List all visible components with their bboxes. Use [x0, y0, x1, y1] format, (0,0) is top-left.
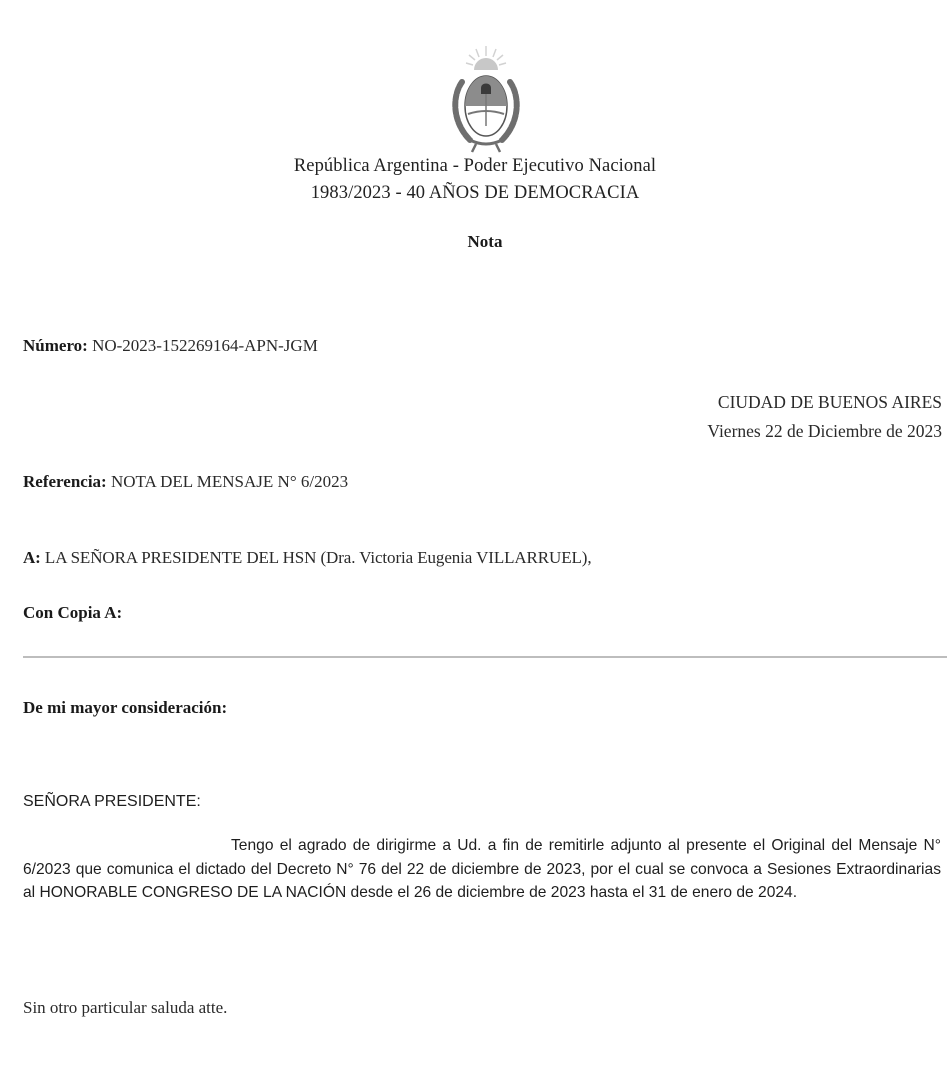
place: CIUDAD DE BUENOS AIRES	[718, 392, 942, 413]
addressee: SEÑORA PRESIDENTE:	[23, 793, 201, 811]
destinatario-label: A:	[23, 548, 41, 567]
numero-value: NO-2023-152269164-APN-JGM	[92, 336, 318, 355]
numero-label: Número:	[23, 336, 88, 355]
header-institution: República Argentina - Poder Ejecutivo Na…	[0, 156, 950, 177]
referencia-value: NOTA DEL MENSAJE N° 6/2023	[111, 472, 348, 491]
referencia-label: Referencia:	[23, 472, 107, 491]
referencia-field: Referencia: NOTA DEL MENSAJE N° 6/2023	[23, 472, 348, 492]
copia-label: Con Copia A:	[23, 603, 122, 622]
header-motto: 1983/2023 - 40 AÑOS DE DEMOCRACIA	[0, 183, 950, 204]
divider	[23, 656, 947, 658]
salutation: De mi mayor consideración:	[23, 698, 227, 718]
date: Viernes 22 de Diciembre de 2023	[707, 421, 942, 442]
argentina-coat-of-arms-icon	[448, 44, 524, 156]
numero-field: Número: NO-2023-152269164-APN-JGM	[23, 336, 318, 356]
destinatario-value: LA SEÑORA PRESIDENTE DEL HSN (Dra. Victo…	[45, 548, 592, 567]
body-paragraph: Tengo el agrado de dirigirme a Ud. a fin…	[23, 834, 941, 905]
closing: Sin otro particular saluda atte.	[23, 998, 227, 1018]
destinatario-field: A: LA SEÑORA PRESIDENTE DEL HSN (Dra. Vi…	[23, 548, 592, 568]
copia-field: Con Copia A:	[23, 603, 122, 623]
document-type-title: Nota	[0, 232, 950, 252]
